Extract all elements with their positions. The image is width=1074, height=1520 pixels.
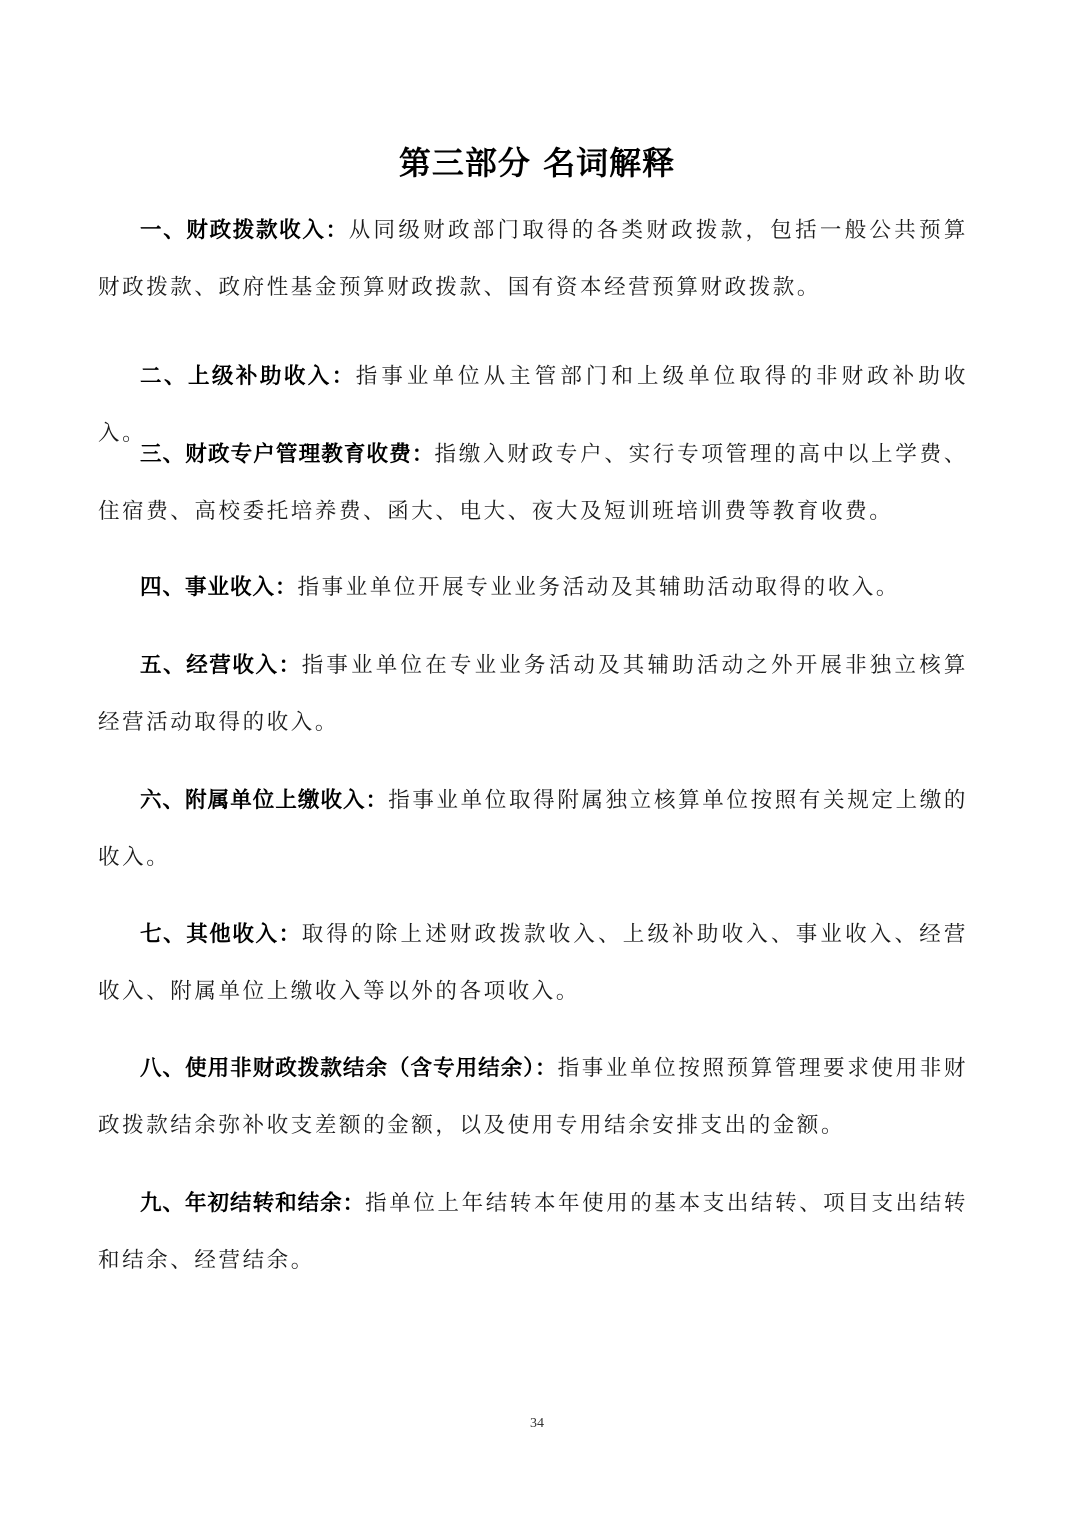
- definition-term: 六、附属单位上缴收入：: [140, 788, 388, 813]
- definition-6: 六、附属单位上缴收入：指事业单位取得附属独立核算单位按照有关规定上缴的收入。: [98, 772, 968, 886]
- definition-term: 九、年初结转和结余：: [140, 1191, 365, 1216]
- definition-7: 七、其他收入：取得的除上述财政拨款收入、上级补助收入、事业收入、经营收入、附属单…: [98, 906, 968, 1020]
- definition-term: 一、财政拨款收入：: [140, 218, 349, 243]
- definition-8: 八、使用非财政拨款结余（含专用结余）：指事业单位按照预算管理要求使用非财政拨款结…: [98, 1040, 968, 1154]
- definition-1: 一、财政拨款收入：从同级财政部门取得的各类财政拨款，包括一般公共预算财政拨款、政…: [98, 202, 968, 316]
- definition-term: 七、其他收入：: [140, 922, 302, 947]
- definition-3: 三、财政专户管理教育收费：指缴入财政专户、实行专项管理的高中以上学费、住宿费、高…: [98, 426, 968, 540]
- definition-term: 二、上级补助收入：: [140, 364, 356, 389]
- page-number: 34: [0, 1416, 1074, 1432]
- definition-5: 五、经营收入：指事业单位在专业业务活动及其辅助活动之外开展非独立核算经营活动取得…: [98, 637, 968, 751]
- definition-4: 四、事业收入：指事业单位开展专业业务活动及其辅助活动取得的收入。: [98, 559, 968, 616]
- definition-term: 四、事业收入：: [140, 575, 298, 600]
- definition-9: 九、年初结转和结余：指单位上年结转本年使用的基本支出结转、项目支出结转和结余、经…: [98, 1175, 968, 1289]
- page-title: 第三部分 名词解释: [0, 138, 1074, 184]
- definition-term: 八、使用非财政拨款结余（含专用结余）：: [140, 1056, 558, 1081]
- definition-term: 五、经营收入：: [140, 653, 302, 678]
- definition-text: 指事业单位开展专业业务活动及其辅助活动取得的收入。: [298, 575, 901, 600]
- definition-term: 三、财政专户管理教育收费：: [140, 442, 435, 467]
